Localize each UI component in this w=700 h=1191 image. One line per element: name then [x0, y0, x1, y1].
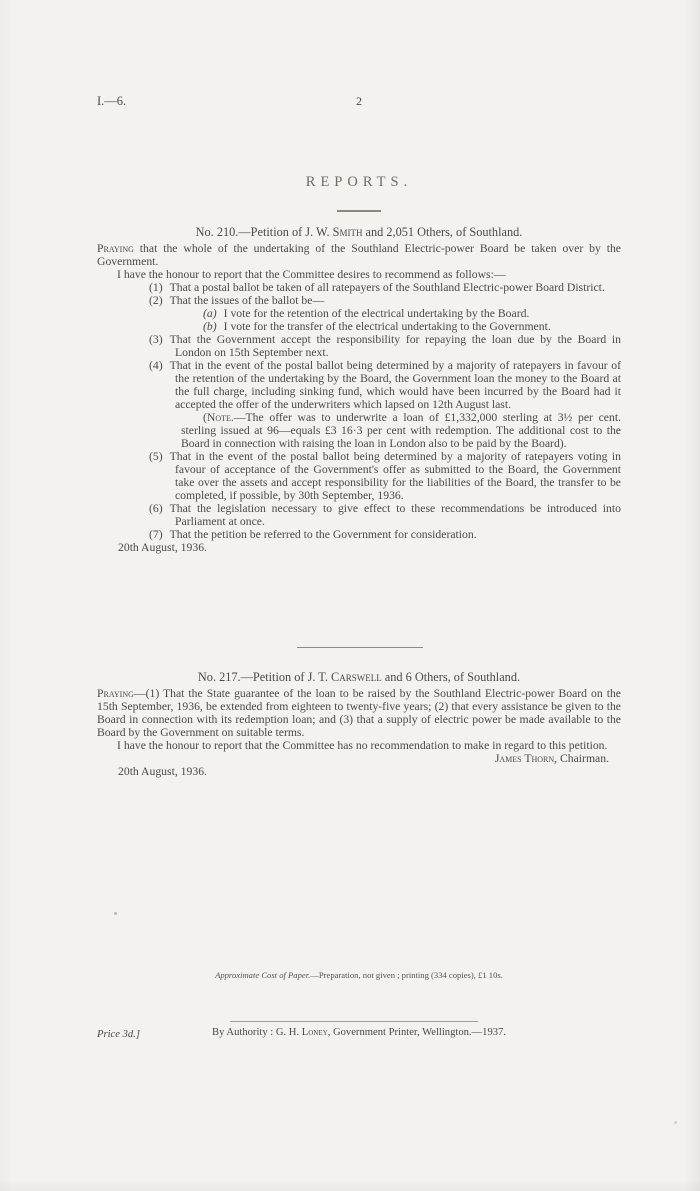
section-divider [297, 647, 423, 648]
doc-reference: I.—6. [97, 95, 126, 108]
list-item: (4)That in the event of the postal ballo… [97, 359, 621, 411]
list-item: (6)That the legislation necessary to giv… [97, 502, 621, 528]
footer-rule [230, 1021, 478, 1022]
scan-speck [114, 912, 117, 915]
list-item-marker: (6) [149, 502, 163, 515]
report-title: REPORTS. [97, 176, 621, 189]
list-item-text: That the Government accept the responsib… [170, 333, 621, 359]
list-item-marker: (5) [149, 450, 163, 463]
list-item-marker: (3) [149, 333, 163, 346]
list-item: (2)That the issues of the ballot be— [97, 294, 621, 307]
list-item-text: That the legislation necessary to give e… [170, 502, 621, 528]
page-header: I.—6. 2 [97, 95, 621, 108]
footer-imprint-row: Price 3d.] By Authority : G. H. Loney, G… [97, 1026, 621, 1039]
list-item: (1)That a postal ballot be taken of all … [97, 281, 621, 294]
petition-210-body: Praying that the whole of the undertakin… [97, 242, 621, 554]
petition-217-heading: No. 217.—Petition of J. T. Carswell and … [97, 671, 621, 684]
praying-paragraph: Praying that the whole of the undertakin… [97, 242, 621, 268]
list-item-text: That a postal ballot be taken of all rat… [170, 281, 605, 294]
list-item: (3)That the Government accept the respon… [97, 333, 621, 359]
petition-210-heading: No. 210.—Petition of J. W. Smith and 2,0… [97, 226, 621, 239]
page-number: 2 [97, 95, 621, 108]
list-item-marker: (2) [149, 294, 163, 307]
date-line: 20th August, 1936. [118, 541, 621, 554]
document-page: I.—6. 2 REPORTS. No. 210.—Petition of J.… [0, 0, 700, 1191]
list-item-marker: (7) [149, 528, 163, 541]
praying-paragraph: Praying—(1) That the State guarantee of … [97, 687, 621, 739]
list-item-text: That the issues of the ballot be— [170, 294, 325, 307]
date-line: 20th August, 1936. [118, 765, 621, 778]
list-item-text: That in the event of the postal ballot b… [170, 359, 621, 411]
intro-paragraph: I have the honour to report that the Com… [97, 739, 621, 752]
list-item-marker: (a) [203, 307, 217, 320]
list-item-marker: (4) [149, 359, 163, 372]
imprint-line: By Authority : G. H. Loney, Government P… [97, 1026, 621, 1039]
list-subitem: (a)I vote for the retention of the elect… [97, 307, 621, 320]
list-item-marker: (1) [149, 281, 163, 294]
list-item: (7)That the petition be referred to the … [97, 528, 621, 541]
note-paragraph: (Note.—The offer was to underwrite a loa… [97, 411, 621, 450]
list-item-text: That the petition be referred to the Gov… [170, 528, 477, 541]
price-label: Price 3d.] [97, 1028, 140, 1041]
signature-line: James Thorn, Chairman. [97, 752, 621, 765]
footer-cost-note: Approximate Cost of Paper.—Preparation, … [97, 969, 621, 982]
title-rule [337, 210, 381, 212]
list-item-text: I vote for the retention of the electric… [224, 307, 530, 320]
scan-speck [674, 1121, 677, 1124]
list-item-text: That in the event of the postal ballot b… [170, 450, 621, 502]
list-item: (5)That in the event of the postal ballo… [97, 450, 621, 502]
list-subitem: (b)I vote for the transfer of the electr… [97, 320, 621, 333]
list-item-text: I vote for the transfer of the electrica… [224, 320, 551, 333]
list-item-marker: (b) [203, 320, 217, 333]
intro-paragraph: I have the honour to report that the Com… [97, 268, 621, 281]
petition-217-body: Praying—(1) That the State guarantee of … [97, 687, 621, 778]
